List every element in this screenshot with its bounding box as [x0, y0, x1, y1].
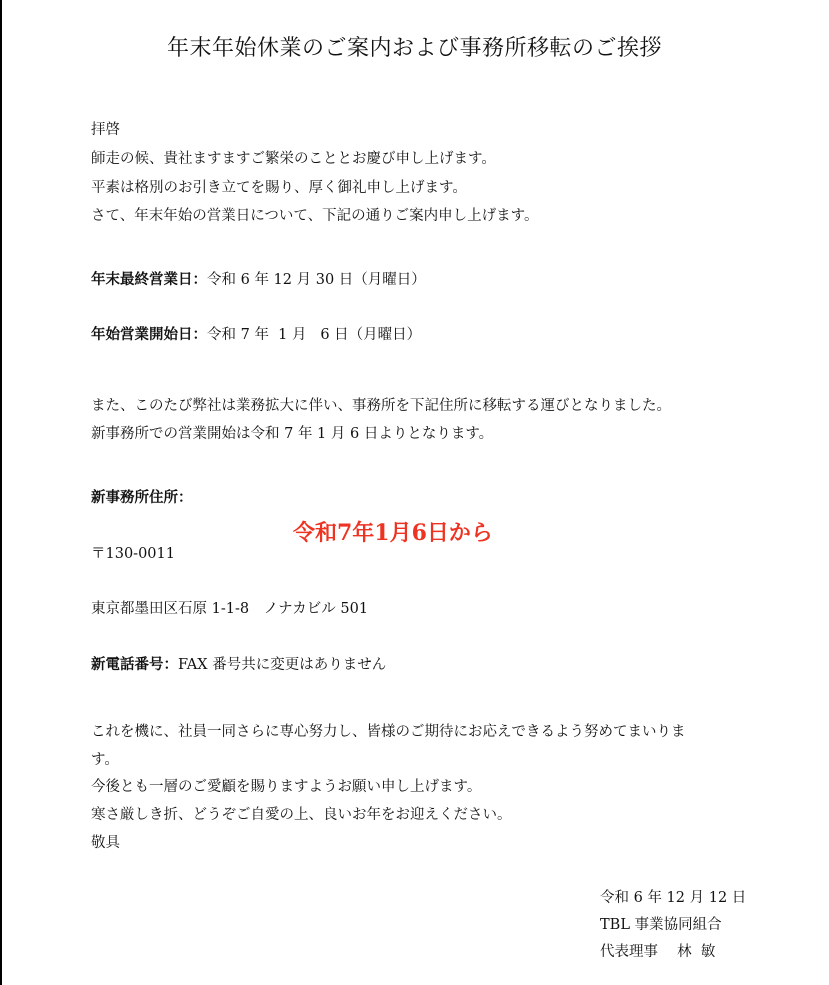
phone-label: 新電話番号：: [91, 657, 178, 673]
closing-line-1: これを機に、社員一同さらに専心努力し、皆様のご期待にお応えできるよう努めてまいり…: [91, 722, 686, 742]
intro-line-1: 師走の候、貴社ますますご繁栄のこととお慶び申し上げます。: [91, 149, 496, 169]
closing-line-3: 今後とも一層のご愛顧を賜りますようお願い申し上げます。: [91, 777, 481, 797]
letter-page: 年末年始休業のご案内および事務所移転のご挨拶 拝啓 師走の候、貴社ますますご繁栄…: [0, 0, 829, 985]
year-end-closing-day: 年末最終営業日：令和 6 年 12 月 30 日（月曜日）: [91, 270, 426, 290]
relocation-line-2: 新事務所での営業開始は令和 7 年 1 月 6 日よりとなります。: [91, 424, 493, 444]
closing-line-2: す。: [91, 750, 119, 770]
closing-line-4: 寒さ厳しき折、どうぞご自愛の上、良いお年をお迎えください。: [91, 805, 512, 825]
closing-word: 敬具: [91, 833, 120, 853]
new-address-label: 新事務所住所：: [91, 488, 193, 508]
phone-notice: 新電話番号：FAX 番号共に変更はありません: [91, 655, 386, 675]
year-end-label: 年末最終営業日：: [91, 272, 207, 288]
relocation-line-1: また、このたび弊社は業務拡大に伴い、事務所を下記住所に移転する運びとなりました。: [91, 396, 671, 416]
new-year-opening-day: 年始営業開始日：令和 7 年 1 月 6 日（月曜日）: [91, 325, 421, 345]
relocation-date-highlight: 令和7年1月6日から: [293, 518, 493, 548]
phone-value: FAX 番号共に変更はありません: [178, 657, 386, 673]
intro-line-3: さて、年末年始の営業日について、下記の通りご案内申し上げます。: [91, 206, 538, 226]
opening-salutation: 拝啓: [91, 120, 120, 140]
signature-organization: TBL 事業協同組合: [600, 915, 722, 935]
year-start-label: 年始営業開始日：: [91, 327, 207, 343]
signature-representative: 代表理事 林 敏: [600, 942, 715, 962]
signature-date: 令和 6 年 12 月 12 日: [600, 888, 746, 908]
postal-code: 〒130-0011: [91, 544, 175, 564]
year-end-value: 令和 6 年 12 月 30 日（月曜日）: [207, 272, 426, 288]
year-start-value: 令和 7 年 1 月 6 日（月曜日）: [207, 327, 421, 343]
intro-line-2: 平素は格別のお引き立てを賜り、厚く御礼申し上げます。: [91, 178, 467, 198]
new-address: 東京都墨田区石原 1-1-8 ノナカビル 501: [91, 599, 368, 619]
document-title: 年末年始休業のご案内および事務所移転のご挨拶: [0, 34, 829, 64]
